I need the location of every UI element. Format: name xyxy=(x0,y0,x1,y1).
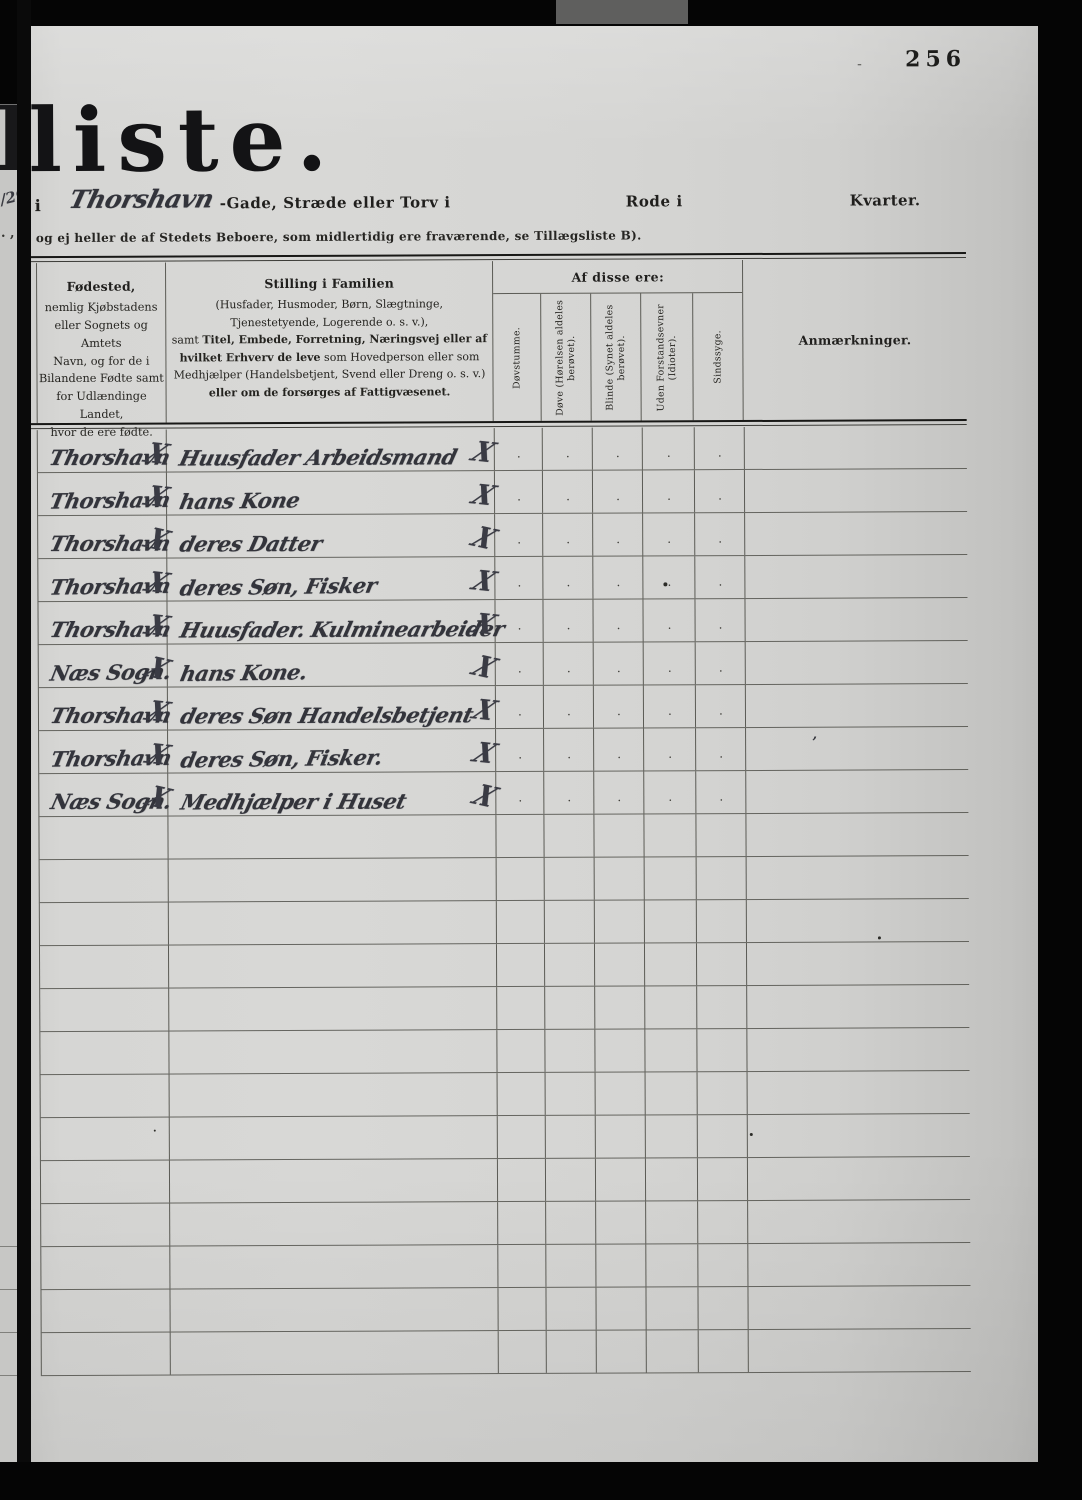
position-cell: Medhjælper i HusetX xyxy=(168,772,496,815)
col-header-birthplace: Fødested, nemlig Kjøbstadens eller Sogne… xyxy=(37,263,167,424)
book-binding-bar xyxy=(17,0,31,1500)
ruled-line-fragment xyxy=(0,1289,17,1290)
ditto-dot: · xyxy=(613,665,623,677)
disability-cell xyxy=(496,815,544,857)
birthplace-cell: ThorshavnX xyxy=(38,559,167,602)
disability-cell xyxy=(594,814,644,856)
position-cell xyxy=(170,1245,498,1288)
ink-mark: ’ xyxy=(812,735,817,751)
position-header-title: Stilling i Familien xyxy=(166,275,493,291)
disability-cell xyxy=(497,901,545,943)
disability-cell: · xyxy=(495,471,543,513)
disability-cell xyxy=(498,1073,546,1115)
group-header-label: Af disse ere: xyxy=(493,260,742,294)
note-bold-suffix: B). xyxy=(621,228,642,242)
remarks-cell xyxy=(746,641,968,684)
ditto-dot: · xyxy=(716,794,726,806)
ditto-dot: · xyxy=(614,751,624,763)
position-cell xyxy=(170,1159,498,1202)
disability-cell xyxy=(595,857,645,899)
scan-speck xyxy=(154,1130,156,1132)
disability-cell xyxy=(498,1288,546,1330)
disability-cell: · xyxy=(594,685,644,727)
disability-cell xyxy=(697,900,747,942)
birthplace-cell: ThorshavnX xyxy=(38,516,167,559)
position-header-segment: som Hovedperson eller som xyxy=(321,350,480,364)
disability-cell: · xyxy=(543,557,593,599)
position-cell xyxy=(170,1288,498,1331)
disability-cell xyxy=(698,1201,748,1243)
disability-cell xyxy=(698,1244,748,1286)
remarks-cell xyxy=(749,1329,971,1372)
disability-cell xyxy=(546,1202,596,1244)
table-row xyxy=(41,1286,970,1333)
page-title: liste. xyxy=(28,95,338,184)
disability-cell xyxy=(596,1072,646,1114)
position-header-segment: Titel, Embede, Forretning, Næringsvej el… xyxy=(202,332,487,346)
position-cell: deres DatterX xyxy=(167,514,495,557)
ruled-line-fragment xyxy=(0,1332,17,1333)
position-cell: Huusfader ArbeidsmandX xyxy=(167,428,495,471)
ditto-dot: · xyxy=(563,580,573,592)
disability-cell xyxy=(498,1159,546,1201)
remarks-cell xyxy=(747,899,969,942)
ditto-dot: · xyxy=(613,622,623,634)
disability-cell xyxy=(697,986,747,1028)
ditto-dot: · xyxy=(514,537,524,549)
disability-header-label: Uden Forstandsevner (Idioter). xyxy=(655,297,679,417)
disability-cell xyxy=(497,987,545,1029)
disability-header-label: Blinde (Synet aldeles berøvet). xyxy=(604,297,628,417)
disability-header-label: Døve (Hørelsen aldeles berøvet). xyxy=(554,297,578,417)
disability-cell: · xyxy=(643,556,695,598)
narrow-headers-row: Døvstumme.Døve (Hørelsen aldeles berøvet… xyxy=(493,293,743,421)
col-header-remarks: Anmærkninger. xyxy=(743,259,966,420)
birthplace-header-line: nemlig Kjøbstadens xyxy=(37,299,165,317)
table-row xyxy=(40,1028,969,1075)
remarks-cell xyxy=(747,985,969,1028)
birthplace-cell xyxy=(41,1247,170,1290)
disability-cell xyxy=(546,1116,596,1158)
disability-cell xyxy=(644,814,696,856)
disability-group-header: Af disse ere: Døvstumme.Døve (Hørelsen a… xyxy=(493,260,744,421)
ditto-dot: · xyxy=(514,451,524,463)
handwritten-position: deres Søn, Fisker xyxy=(178,573,379,601)
disability-cell: · xyxy=(495,428,543,470)
handwritten-street-name: Thorshavn xyxy=(66,184,216,214)
table-row: ThorshavnXHuusfader ArbeidsmandX····· xyxy=(38,426,967,473)
disability-header-label: Sindssyge. xyxy=(712,330,724,384)
ditto-dot: · xyxy=(614,708,624,720)
margin-punctuation: . , xyxy=(1,226,15,241)
col-header-disability: Uden Forstandsevner (Idioter). xyxy=(641,293,693,420)
scan-border-top xyxy=(0,0,1082,26)
disability-cell: · xyxy=(593,599,643,641)
ditto-dot: · xyxy=(664,536,674,548)
handwritten-position: Huusfader. Kulminearbeider xyxy=(178,616,507,642)
birthplace-cell: ThorshavnX xyxy=(38,430,167,473)
note-line: og ej heller de af Stedets Beboere, som … xyxy=(36,228,642,245)
position-cell xyxy=(170,1073,498,1116)
scanned-census-page: - 256 liste. i Thorshavn -Gade, Stræde e… xyxy=(0,0,1082,1500)
birthplace-header-line: Bilandene Fødte samt xyxy=(37,370,165,388)
disability-cell: · xyxy=(695,427,745,469)
disability-cell xyxy=(497,1030,545,1072)
disability-cell xyxy=(699,1330,749,1372)
ditto-dot: · xyxy=(563,666,573,678)
disability-cell xyxy=(645,986,697,1028)
ditto-dot: · xyxy=(563,494,573,506)
disability-cell: · xyxy=(496,729,544,771)
disability-cell: · xyxy=(544,686,594,728)
disability-cell xyxy=(698,1072,748,1114)
ditto-dot: · xyxy=(715,536,725,548)
disability-cell xyxy=(645,900,697,942)
position-header-segment: samt xyxy=(172,334,203,347)
birthplace-cell xyxy=(41,1118,170,1161)
disability-cell: · xyxy=(695,599,745,641)
scan-border-gap xyxy=(556,0,688,24)
position-cell: hans Kone.X xyxy=(168,643,496,686)
table-row: ThorshavnXderes Søn, FiskerX····· xyxy=(38,555,967,602)
birthplace-cell: Næs Sogn.X xyxy=(39,645,168,688)
ditto-dot: · xyxy=(614,794,624,806)
remarks-cell xyxy=(746,727,968,770)
ditto-dot: · xyxy=(715,665,725,677)
table-row: ThorshavnXHuusfader. KulminearbeiderX···… xyxy=(38,598,967,645)
disability-cell xyxy=(546,1288,596,1330)
disability-cell xyxy=(595,943,645,985)
disability-cell xyxy=(545,987,595,1029)
remarks-cell xyxy=(747,1028,969,1071)
disability-cell xyxy=(595,900,645,942)
disability-cell xyxy=(647,1330,699,1372)
remarks-cell xyxy=(747,856,969,899)
handwritten-position: Huusfader Arbeidsmand xyxy=(177,444,460,470)
ditto-dot: · xyxy=(613,493,623,505)
ditto-dot: · xyxy=(515,709,525,721)
ruled-line-fragment xyxy=(0,1375,17,1376)
disability-cell: · xyxy=(593,427,643,469)
ruled-line-fragment xyxy=(0,1246,17,1247)
birthplace-header-line: Navn, og for de i xyxy=(37,352,165,370)
col-header-disability: Sindssyge. xyxy=(693,293,743,420)
disability-cell: · xyxy=(543,600,593,642)
birthplace-header-line: eller Sognets og Amtets xyxy=(37,316,165,352)
page-number: 256 xyxy=(905,46,966,72)
birthplace-cell xyxy=(42,1333,171,1376)
handwritten-position: Medhjælper i Huset xyxy=(178,788,409,814)
table-row: ThorshavnXderes Søn, Fisker.X····· xyxy=(39,727,968,774)
handwritten-position: hans Kone. xyxy=(178,659,309,686)
disability-cell xyxy=(698,1287,748,1329)
table-row xyxy=(42,1329,971,1376)
birthplace-cell xyxy=(40,860,169,903)
table-row xyxy=(41,1114,970,1161)
disability-cell xyxy=(547,1331,597,1373)
ditto-dot: · xyxy=(716,751,726,763)
disability-cell: · xyxy=(695,556,745,598)
disability-cell xyxy=(595,1029,645,1071)
ditto-dot: · xyxy=(613,536,623,548)
kvarter-label: Kvarter. xyxy=(850,191,921,209)
ditto-dot: · xyxy=(716,708,726,720)
scan-border-top-left xyxy=(0,0,17,104)
disability-cell: · xyxy=(643,599,695,641)
ditto-dot: · xyxy=(613,450,623,462)
table-row xyxy=(40,856,969,903)
disability-cell xyxy=(595,986,645,1028)
position-cell xyxy=(169,944,497,987)
disability-cell xyxy=(646,1244,698,1286)
position-cell: deres Søn, FiskerX xyxy=(167,557,495,600)
disability-cell: · xyxy=(696,685,746,727)
table-header: Fødested, nemlig Kjøbstadens eller Sogne… xyxy=(36,259,967,423)
birthplace-cell: ThorshavnX xyxy=(38,602,167,645)
disability-cell: · xyxy=(644,771,696,813)
disability-cell xyxy=(546,1073,596,1115)
disability-cell: · xyxy=(543,514,593,556)
position-header-segment: hvilket Erhverv de leve xyxy=(180,351,321,365)
ditto-dot: · xyxy=(665,794,675,806)
disability-cell xyxy=(646,1287,698,1329)
remarks-cell xyxy=(748,1114,970,1157)
remarks-cell xyxy=(745,555,967,598)
remarks-cell xyxy=(747,942,969,985)
disability-cell: · xyxy=(643,470,695,512)
birthplace-cell xyxy=(41,1204,170,1247)
disability-cell: · xyxy=(496,686,544,728)
disability-cell: · xyxy=(543,471,593,513)
position-header-line: samt Titel, Embede, Forretning, Næringsv… xyxy=(166,330,493,349)
position-cell xyxy=(171,1331,499,1374)
disability-cell: · xyxy=(593,470,643,512)
disability-cell: · xyxy=(496,772,544,814)
table-row: Næs Sogn.Xhans Kone.X····· xyxy=(39,641,968,688)
position-cell xyxy=(170,1116,498,1159)
scan-speck xyxy=(750,1133,753,1136)
position-cell: Huusfader. KulminearbeiderX xyxy=(167,600,495,643)
handwritten-position: hans Kone xyxy=(177,487,301,514)
disability-cell: · xyxy=(544,643,594,685)
table-row: ThorshavnXhans KoneX····· xyxy=(38,469,967,516)
ditto-dot: · xyxy=(514,580,524,592)
disability-header-label: Døvstumme. xyxy=(511,327,523,389)
disability-cell xyxy=(646,1072,698,1114)
ditto-dot: · xyxy=(664,450,674,462)
disability-cell xyxy=(546,1159,596,1201)
table-row xyxy=(40,899,969,946)
table-row xyxy=(41,1243,970,1290)
street-prefix: i xyxy=(35,196,41,215)
remarks-header-label: Anmærkninger. xyxy=(799,332,912,347)
table-row: ThorshavnXderes DatterX····· xyxy=(38,512,967,559)
table-row xyxy=(40,942,969,989)
disability-cell xyxy=(645,1029,697,1071)
ditto-dot: · xyxy=(715,579,725,591)
ditto-dot: · xyxy=(715,450,725,462)
position-header-line: eller om de forsørges af Fattigvæsenet. xyxy=(166,383,493,402)
birthplace-cell xyxy=(40,989,169,1032)
disability-cell: · xyxy=(495,600,543,642)
birthplace-cell xyxy=(41,1161,170,1204)
table-row: Næs Sogn.XMedhjælper i HusetX····· xyxy=(39,770,968,817)
handwritten-position: deres Datter xyxy=(177,531,324,557)
remarks-cell xyxy=(748,1071,970,1114)
birthplace-header-line: for Udlændinge Landet, xyxy=(38,388,166,424)
disability-cell: · xyxy=(593,513,643,555)
position-cell xyxy=(169,901,497,944)
disability-cell: · xyxy=(594,642,644,684)
disability-cell: · xyxy=(696,771,746,813)
birthplace-cell: ThorshavnX xyxy=(39,688,168,731)
scan-speck: - xyxy=(857,57,862,73)
cut-title-fragment: l xyxy=(0,104,17,184)
col-header-position: Stilling i Familien (Husfader, Husmoder,… xyxy=(166,261,494,422)
disability-cell xyxy=(545,944,595,986)
disability-cell xyxy=(697,943,747,985)
disability-cell xyxy=(498,1116,546,1158)
scan-speck xyxy=(878,936,881,939)
ditto-dot: · xyxy=(564,709,574,721)
disability-cell xyxy=(646,1201,698,1243)
ditto-dot: · xyxy=(514,623,524,635)
disability-cell xyxy=(646,1115,698,1157)
ditto-dot: · xyxy=(514,494,524,506)
position-cell: deres Søn HandelsbetjentX xyxy=(168,686,496,729)
position-cell: deres Søn, Fisker.X xyxy=(168,729,496,772)
disability-cell xyxy=(696,814,746,856)
remarks-cell xyxy=(745,512,967,555)
note-text: og ej heller de af Stedets Beboere, som … xyxy=(36,229,621,246)
disability-cell xyxy=(497,944,545,986)
birthplace-cell xyxy=(41,1290,170,1333)
birthplace-cell xyxy=(41,1075,170,1118)
scan-border-right xyxy=(1038,0,1082,1500)
ditto-dot: · xyxy=(515,752,525,764)
page-content: - 256 liste. i Thorshavn -Gade, Stræde e… xyxy=(0,0,1082,1500)
ditto-dot: · xyxy=(665,708,675,720)
disability-cell xyxy=(596,1201,646,1243)
rode-label: Rode i xyxy=(626,192,683,210)
disability-cell xyxy=(698,1158,748,1200)
disability-cell: · xyxy=(544,729,594,771)
ditto-dot: · xyxy=(563,537,573,549)
disability-cell: · xyxy=(495,557,543,599)
remarks-cell xyxy=(746,770,968,813)
position-cell xyxy=(170,1202,498,1245)
disability-cell: · xyxy=(496,643,544,685)
ditto-dot: · xyxy=(664,665,674,677)
col-header-disability: Blinde (Synet aldeles berøvet). xyxy=(591,293,641,420)
ditto-dot: · xyxy=(563,451,573,463)
ditto-dot: · xyxy=(514,666,524,678)
disability-cell: · xyxy=(543,428,593,470)
disability-cell xyxy=(697,1029,747,1071)
ditto-dot: · xyxy=(564,752,574,764)
handwritten-position: deres Søn, Fisker. xyxy=(178,745,384,773)
disability-cell: · xyxy=(495,514,543,556)
ditto-dot: · xyxy=(715,622,725,634)
disability-cell xyxy=(697,857,747,899)
disability-cell: · xyxy=(643,513,695,555)
birthplace-cell: ThorshavnX xyxy=(38,473,167,516)
birthplace-cell xyxy=(40,946,169,989)
disability-cell xyxy=(499,1331,547,1373)
disability-cell xyxy=(597,1330,647,1372)
position-header-line: Tjenestetyende, Logerende o. s. v.), xyxy=(166,313,493,332)
handwritten-position: deres Søn Handelsbetjent xyxy=(178,702,476,728)
disability-cell xyxy=(646,1158,698,1200)
remarks-cell xyxy=(745,598,967,641)
disability-cell: · xyxy=(593,556,643,598)
disability-cell: · xyxy=(644,685,696,727)
disability-cell xyxy=(645,857,697,899)
remarks-cell xyxy=(748,1200,970,1243)
disability-cell xyxy=(546,1245,596,1287)
ditto-dot: · xyxy=(665,751,675,763)
disability-cell xyxy=(497,858,545,900)
position-header-line: hvilket Erhverv de leve som Hovedperson … xyxy=(166,348,493,367)
disability-cell xyxy=(698,1115,748,1157)
ditto-dot: · xyxy=(563,623,573,635)
position-cell xyxy=(168,815,496,858)
ditto-dot: · xyxy=(664,493,674,505)
disability-cell: · xyxy=(544,772,594,814)
disability-cell xyxy=(596,1287,646,1329)
birthplace-cell xyxy=(40,1032,169,1075)
remarks-cell xyxy=(748,1157,970,1200)
disability-cell xyxy=(596,1115,646,1157)
disability-cell xyxy=(544,815,594,857)
ditto-dot: · xyxy=(715,493,725,505)
position-header-line: (Husfader, Husmoder, Børn, Slægtninge, xyxy=(166,295,493,314)
remarks-cell xyxy=(746,813,968,856)
table-row xyxy=(41,1200,970,1247)
disability-cell xyxy=(545,901,595,943)
ditto-dot: · xyxy=(613,579,623,591)
birthplace-header-title: Fødested, xyxy=(37,279,165,295)
facing-page-edge: l /29 . , xyxy=(0,104,17,1462)
position-cell xyxy=(169,1030,497,1073)
disability-cell xyxy=(596,1244,646,1286)
disability-cell xyxy=(645,943,697,985)
disability-cell: · xyxy=(696,642,746,684)
birthplace-cell: ThorshavnX xyxy=(39,731,168,774)
remarks-cell xyxy=(745,469,967,512)
disability-cell: · xyxy=(696,728,746,770)
position-cell: hans KoneX xyxy=(167,471,495,514)
disability-cell xyxy=(596,1158,646,1200)
disability-cell xyxy=(498,1202,546,1244)
disability-cell xyxy=(545,1030,595,1072)
position-cell xyxy=(169,987,497,1030)
remarks-cell xyxy=(745,426,967,469)
remarks-cell xyxy=(748,1286,970,1329)
table-row xyxy=(39,813,968,860)
table-body: ThorshavnXHuusfader ArbeidsmandX·····Tho… xyxy=(37,426,971,1376)
disability-cell: · xyxy=(594,771,644,813)
disability-cell: · xyxy=(644,728,696,770)
position-cell xyxy=(169,858,497,901)
scan-speck xyxy=(663,582,667,586)
disability-cell: · xyxy=(695,470,745,512)
birthplace-cell xyxy=(39,817,168,860)
disability-cell xyxy=(498,1245,546,1287)
col-header-disability: Døvstumme. xyxy=(493,294,541,421)
col-header-disability: Døve (Hørelsen aldeles berøvet). xyxy=(541,294,591,421)
disability-cell xyxy=(545,858,595,900)
